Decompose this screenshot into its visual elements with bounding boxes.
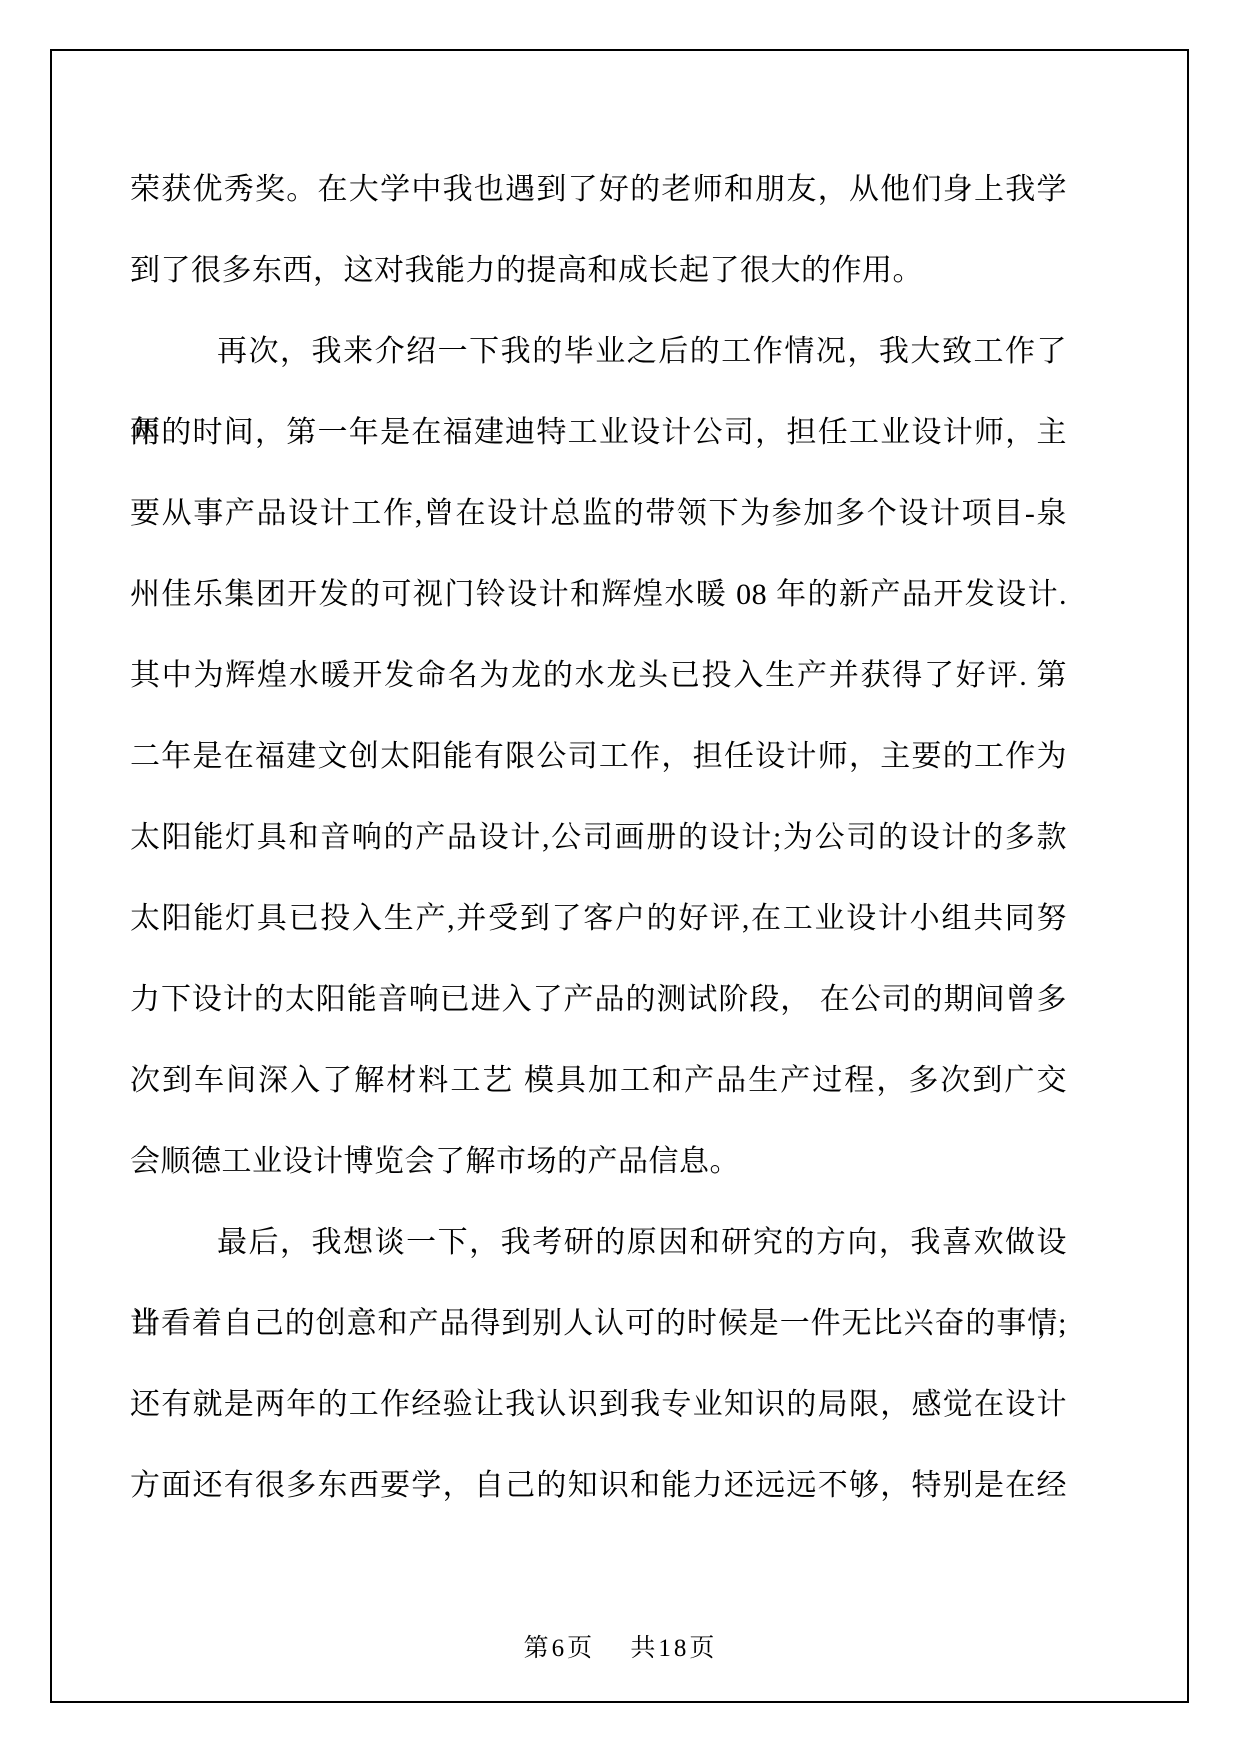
text-line: 再次，我来介绍一下我的毕业之后的工作情况，我大致工作了两 bbox=[130, 311, 1067, 392]
text-line: 最后，我想谈一下，我考研的原因和研究的方向，我喜欢做设计， bbox=[130, 1202, 1067, 1283]
text-line: 年的时间，第一年是在福建迪特工业设计公司，担任工业设计师，主 bbox=[130, 392, 1067, 473]
page-footer: 第6页 共18页 bbox=[0, 1628, 1241, 1664]
text-line: 其中为辉煌水暖开发命名为龙的水龙头已投入生产并获得了好评. 第 bbox=[130, 635, 1067, 716]
document-body: 荣获优秀奖。在大学中我也遇到了好的老师和朋友，从他们身上我学 到了很多东西，这对… bbox=[130, 149, 1067, 1526]
text-line: 会顺德工业设计博览会了解市场的产品信息。 bbox=[130, 1121, 1067, 1202]
page-number-label: 第6页 bbox=[524, 1628, 596, 1664]
text-line: 州佳乐集团开发的可视门铃设计和辉煌水暖 08 年的新产品开发设计. bbox=[130, 554, 1067, 635]
text-line: 到了很多东西，这对我能力的提高和成长起了很大的作用。 bbox=[130, 230, 1067, 311]
text-line: 力下设计的太阳能音响已进入了产品的测试阶段， 在公司的期间曾多 bbox=[130, 959, 1067, 1040]
text-line: 太阳能灯具已投入生产,并受到了客户的好评,在工业设计小组共同努 bbox=[130, 878, 1067, 959]
text-line: 荣获优秀奖。在大学中我也遇到了好的老师和朋友，从他们身上我学 bbox=[130, 149, 1067, 230]
text-line: 二年是在福建文创太阳能有限公司工作，担任设计师，主要的工作为 bbox=[130, 716, 1067, 797]
total-pages-label: 共18页 bbox=[630, 1628, 717, 1664]
text-line: 太阳能灯具和音响的产品设计,公司画册的设计;为公司的设计的多款 bbox=[130, 797, 1067, 878]
text-line: 次到车间深入了解材料工艺 模具加工和产品生产过程，多次到广交 bbox=[130, 1040, 1067, 1121]
text-line: 还有就是两年的工作经验让我认识到我专业知识的局限，感觉在设计 bbox=[130, 1364, 1067, 1445]
text-line: 当看着自己的创意和产品得到别人认可的时候是一件无比兴奋的事情; bbox=[130, 1283, 1067, 1364]
text-line: 方面还有很多东西要学，自己的知识和能力还远远不够，特别是在经 bbox=[130, 1445, 1067, 1526]
text-line: 要从事产品设计工作,曾在设计总监的带领下为参加多个设计项目-泉 bbox=[130, 473, 1067, 554]
